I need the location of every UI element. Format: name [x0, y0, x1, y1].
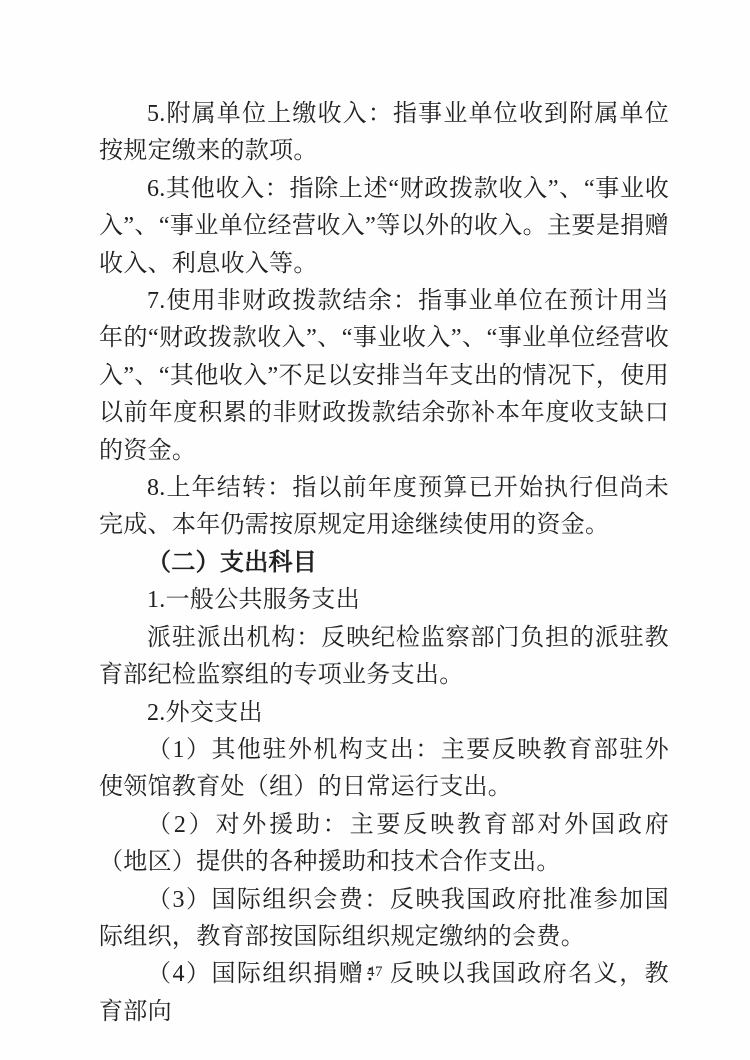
para-item-2-diplomacy-expenditure: 2.外交支出	[99, 695, 669, 732]
para-sub-3-intl-org-membership-fees: （3）国际组织会费：反映我国政府批准参加国际组织，教育部按国际组织规定缴纳的会费…	[99, 882, 669, 957]
para-item-8-prior-year-carryforward: 8.上年结转：指以前年度预算已开始执行但尚未完成、本年仍需按原规定用途继续使用的…	[99, 470, 669, 545]
para-item-5-affiliated-unit-income: 5.附属单位上缴收入：指事业单位收到附属单位按规定缴来的款项。	[99, 96, 669, 171]
document-body-text: 5.附属单位上缴收入：指事业单位收到附属单位按规定缴来的款项。 6.其他收入：指…	[99, 96, 669, 1031]
page-footer: 47	[0, 963, 750, 981]
para-item-1-general-public-services: 1.一般公共服务支出	[99, 582, 669, 619]
para-sub-2-foreign-aid: （2）对外援助：主要反映教育部对外国政府（地区）提供的各种援助和技术合作支出。	[99, 807, 669, 882]
para-item-7-non-fiscal-carryover: 7.使用非财政拨款结余：指事业单位在预计用当年的“财政拨款收入”、“事业收入”、…	[99, 283, 669, 470]
page-number: 47	[367, 964, 383, 980]
document-page: 5.附属单位上缴收入：指事业单位收到附属单位按规定缴来的款项。 6.其他收入：指…	[0, 0, 750, 1060]
para-sub-1-other-overseas-agencies: （1）其他驻外机构支出：主要反映教育部驻外使领馆教育处（组）的日常运行支出。	[99, 732, 669, 807]
para-item-6-other-income: 6.其他收入：指除上述“财政拨款收入”、“事业收入”、“事业单位经营收入”等以外…	[99, 171, 669, 283]
section-heading-expenditure-subjects: （二）支出科目	[99, 545, 669, 582]
para-dispatched-agencies: 派驻派出机构：反映纪检监察部门负担的派驻教育部纪检监察组的专项业务支出。	[99, 620, 669, 695]
